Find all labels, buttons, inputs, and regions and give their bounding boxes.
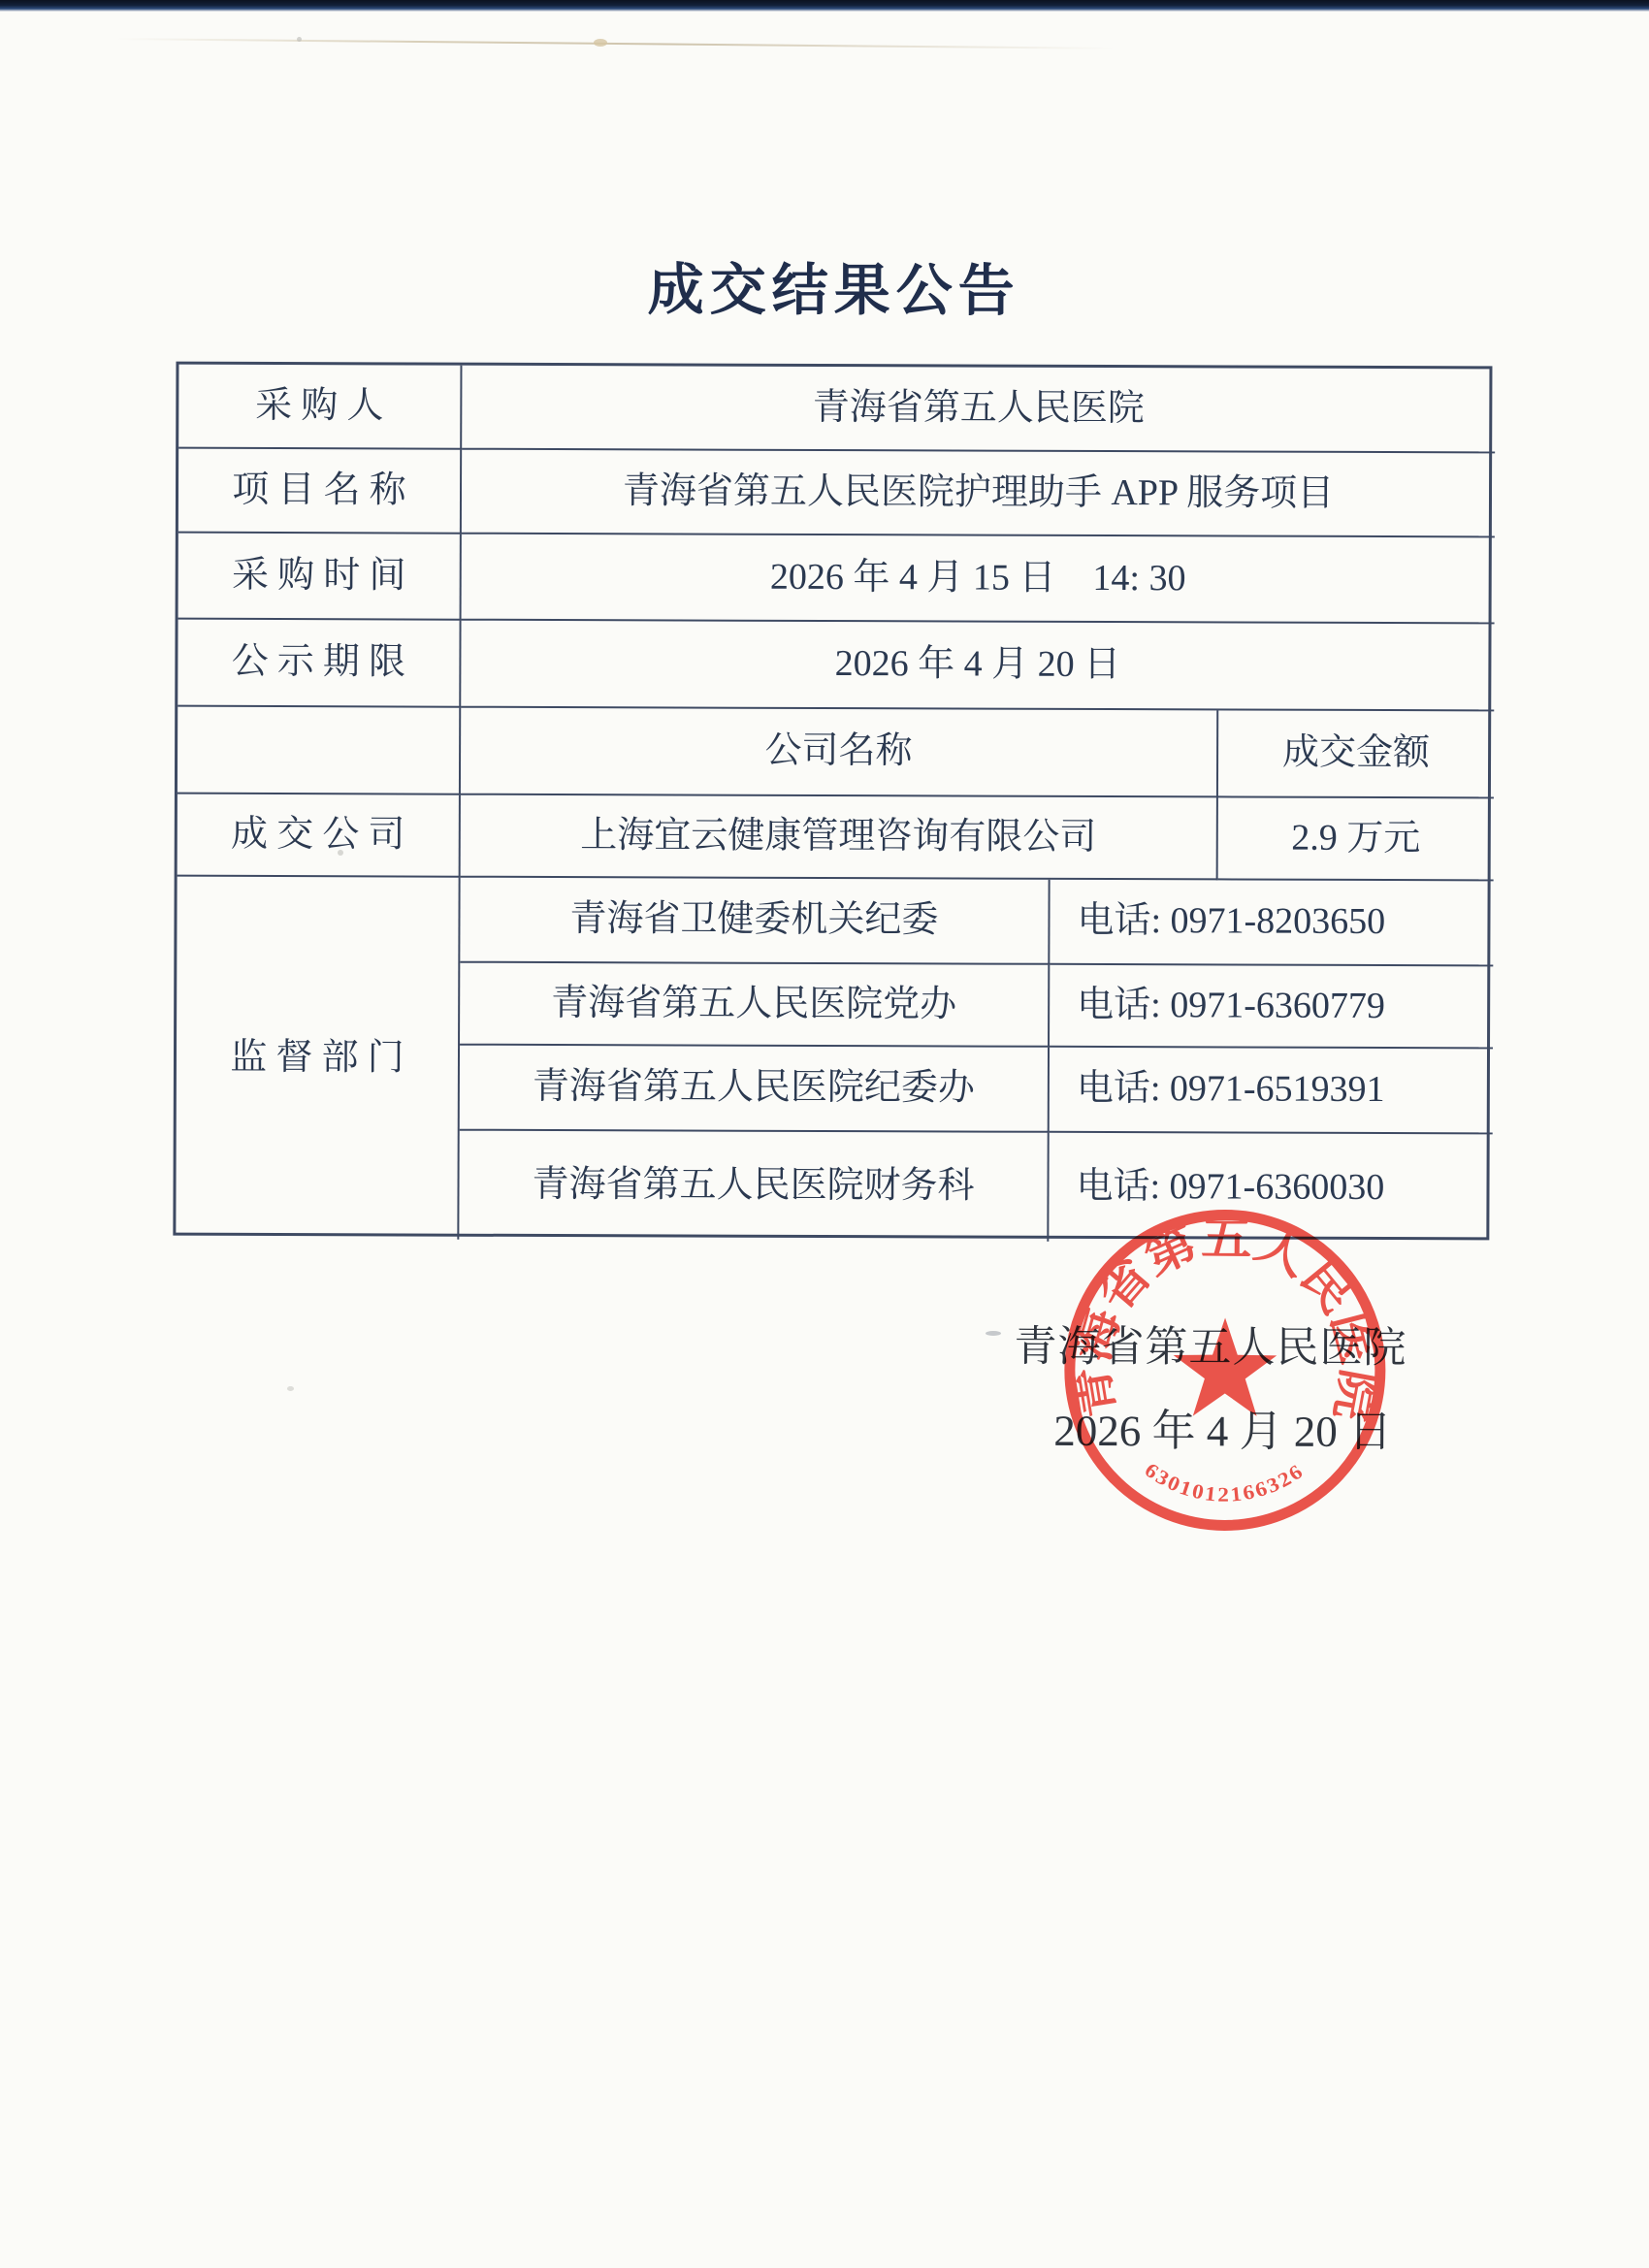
scanned-document-page: 成交结果公告 采购人 青海省第五人民医院 项目名称 青海省第五人民医院护理助手 … [0, 0, 1649, 2268]
row-label-purchase-time: 采购时间 [178, 534, 462, 621]
supervision-phone: 电话: 0971-6519391 [1050, 1048, 1493, 1135]
document-content: 成交结果公告 采购人 青海省第五人民医院 项目名称 青海省第五人民医院护理助手 … [0, 0, 1649, 2268]
row-label-deal-company: 成交公司 [178, 794, 461, 878]
supervision-dept: 青海省第五人民医院党办 [460, 963, 1050, 1048]
row-value-purchaser: 青海省第五人民医院 [462, 366, 1495, 454]
supervision-phone: 电话: 0971-8203650 [1050, 880, 1493, 967]
supervision-dept: 青海省卫健委机关纪委 [460, 878, 1050, 965]
row-label-supervision: 监督部门 [176, 877, 460, 1240]
supervision-phone: 电话: 0971-6360779 [1050, 965, 1493, 1050]
header-deal-amount: 成交金额 [1218, 710, 1494, 798]
row-label-publicity-period: 公示期限 [178, 620, 461, 708]
deal-company-name: 上海宜云健康管理咨询有限公司 [461, 795, 1218, 881]
empty-cell [178, 707, 461, 795]
row-label-project-name: 项目名称 [178, 449, 462, 535]
row-value-purchase-time: 2026 年 4 月 15 日 14: 30 [462, 535, 1495, 625]
row-label-purchaser: 采购人 [178, 365, 462, 450]
supervision-dept: 青海省第五人民医院纪委办 [460, 1046, 1050, 1133]
row-value-project-name: 青海省第五人民医院护理助手 APP 服务项目 [462, 450, 1495, 538]
deal-amount: 2.9 万元 [1218, 797, 1494, 881]
row-value-publicity-period: 2026 年 4 月 20 日 [461, 621, 1494, 712]
signature-date: 2026 年 4 月 20 日 [1029, 1395, 1417, 1459]
header-company-name: 公司名称 [461, 708, 1218, 798]
page-title: 成交结果公告 [2, 242, 1649, 329]
signature-organization: 青海省第五人民医院 [997, 1312, 1424, 1376]
result-table: 采购人 青海省第五人民医院 项目名称 青海省第五人民医院护理助手 APP 服务项… [173, 362, 1492, 1241]
supervision-dept: 青海省第五人民医院财务科 [459, 1131, 1049, 1242]
seal-serial-number: 6301012166326 [1141, 1458, 1309, 1507]
